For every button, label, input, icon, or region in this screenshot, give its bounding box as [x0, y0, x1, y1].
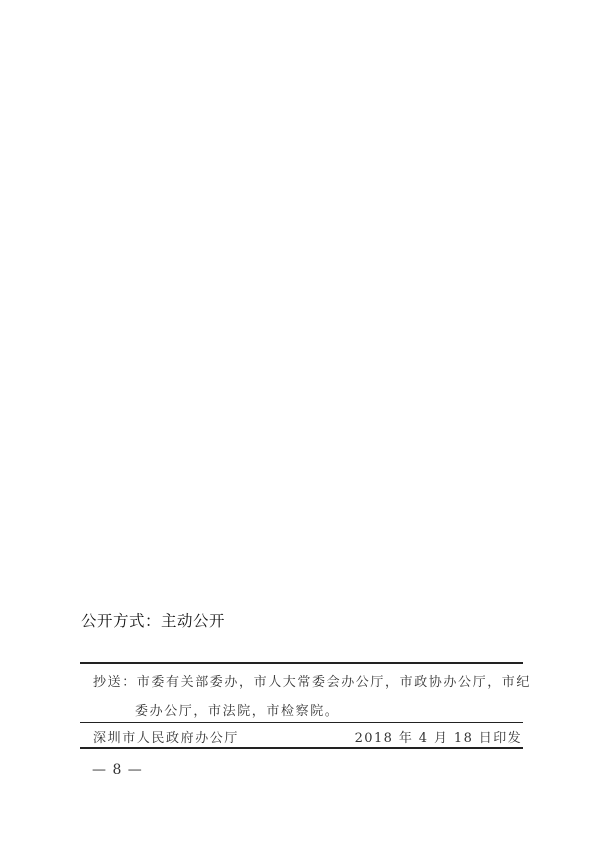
cc-line-1: 抄送：市委有关部委办，市人大常委会办公厅，市政协办公厅，市纪: [93, 668, 523, 697]
top-divider: [80, 662, 523, 664]
middle-divider: [80, 722, 523, 723]
issuing-office: 深圳市人民政府办公厅: [93, 727, 239, 746]
bottom-divider: [80, 747, 523, 749]
disclosure-method: 公开方式：主动公开: [81, 609, 225, 631]
cc-block: 抄送：市委有关部委办，市人大常委会办公厅，市政协办公厅，市纪 委办公厅，市法院，…: [93, 668, 523, 726]
issue-date: 2018 年 4 月 18 日印发: [355, 727, 522, 746]
page-number: — 8 —: [92, 762, 143, 778]
